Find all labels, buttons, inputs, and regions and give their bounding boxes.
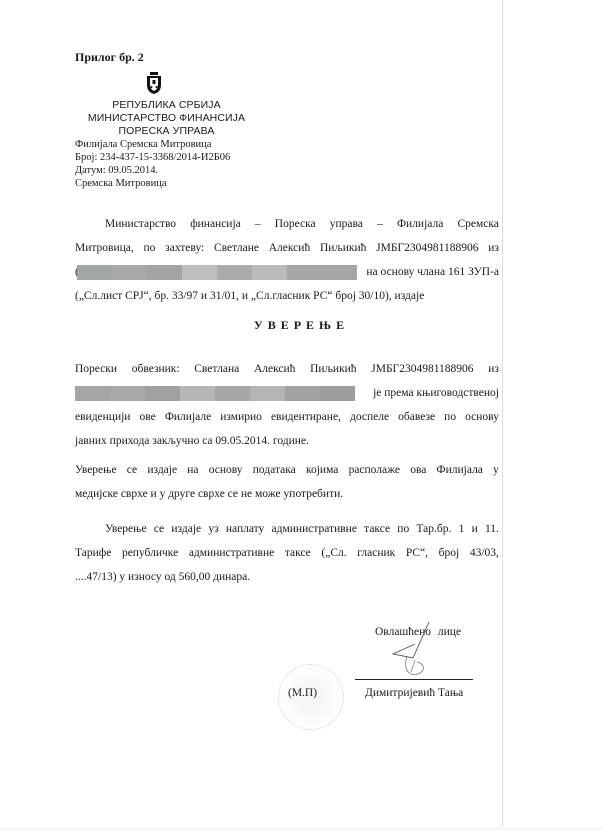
header-branch: Филијала Сремска Митровица: [75, 138, 245, 151]
intro-line-1: Министарство финансија – Пореска управа …: [75, 212, 499, 236]
header-place: Сремска Митровица: [75, 177, 245, 190]
redaction-block: [217, 265, 252, 280]
taxpayer-line-1: Порески обвезник: Светлана Алексић Пиљик…: [75, 357, 499, 381]
document-page: Прилог бр. 2 РЕПУБЛИКА СРБИЈА МИНИСТАРСТ…: [0, 0, 603, 830]
usage-line-2: медијске сврхе и у друге сврхе се не мож…: [75, 482, 499, 506]
taxpayer-paragraph: Порески обвезник: Светлана Алексић Пиљик…: [75, 357, 499, 453]
taxpayer-line-2: је према књиговодственој: [75, 381, 499, 405]
redaction-block: [250, 386, 285, 401]
redaction-block: [110, 386, 145, 401]
fee-paragraph: Уверење се издаје уз наплату администрат…: [75, 517, 499, 589]
scan-bottom-shadow: [0, 826, 603, 830]
redaction-block: [147, 265, 182, 280]
scan-page-edge: [502, 0, 503, 828]
redaction-block: [285, 386, 320, 401]
stamp-label: (М.П): [288, 687, 317, 699]
issuer-header: РЕПУБЛИКА СРБИЈА МИНИСТАРСТВО ФИНАНСИЈА …: [75, 99, 245, 190]
header-ministry: МИНИСТАРСТВО ФИНАНСИЈА: [79, 112, 254, 125]
fee-line-3: ....47/13) у износу од 560,00 динара.: [75, 565, 499, 589]
serbian-coat-of-arms-icon: [146, 72, 162, 94]
handwritten-signature-icon: [385, 620, 445, 680]
usage-line-1: Уверење се издаје на основу података кој…: [75, 458, 499, 482]
annex-label: Прилог бр. 2: [75, 50, 144, 65]
signature-line: [355, 679, 473, 680]
redaction-block: [77, 265, 112, 280]
header-country: РЕПУБЛИКА СРБИЈА: [79, 99, 254, 112]
header-date: Датум: 09.05.2014.: [75, 164, 245, 177]
redaction-block: [180, 386, 215, 401]
taxpayer-line-3: евиденцији ове Филијале измирио евиденти…: [75, 405, 499, 429]
redaction-block: [320, 386, 355, 401]
redacted-address: [77, 265, 357, 280]
intro-line-3: ( на основу члана 161 ЗУП-а: [75, 260, 499, 284]
redaction-block: [287, 265, 322, 280]
taxpayer-line-4: јавних прихода закључно са 09.05.2014. г…: [75, 429, 499, 453]
redacted-address: [75, 386, 355, 401]
usage-paragraph: Уверење се издаје на основу података кој…: [75, 458, 499, 506]
redaction-block: [252, 265, 287, 280]
redaction-block: [215, 386, 250, 401]
fee-line-2: Тарифе републичке административне таксе …: [75, 541, 499, 565]
document-title: УВЕРЕЊЕ: [0, 318, 603, 333]
redaction-block: [182, 265, 217, 280]
fee-line-1: Уверење се издаје уз наплату администрат…: [75, 517, 499, 541]
redaction-block: [112, 265, 147, 280]
redaction-block: [75, 386, 110, 401]
signer-name: Димитријевић Тања: [365, 687, 463, 699]
redaction-block: [145, 386, 180, 401]
intro-line-4: („Сл.лист СРЈ“, бр. 33/97 и 31/01, и „Сл…: [75, 284, 499, 308]
header-reference-number: Број: 234-437-15-3368/2014-И2Б06: [75, 151, 245, 164]
redaction-block: [322, 265, 357, 280]
header-administration: ПОРЕСКА УПРАВА: [79, 125, 254, 138]
intro-paragraph: Министарство финансија – Пореска управа …: [75, 212, 499, 308]
intro-line-2: Митровица, по захтеву: Светлане Алексић …: [75, 236, 499, 260]
